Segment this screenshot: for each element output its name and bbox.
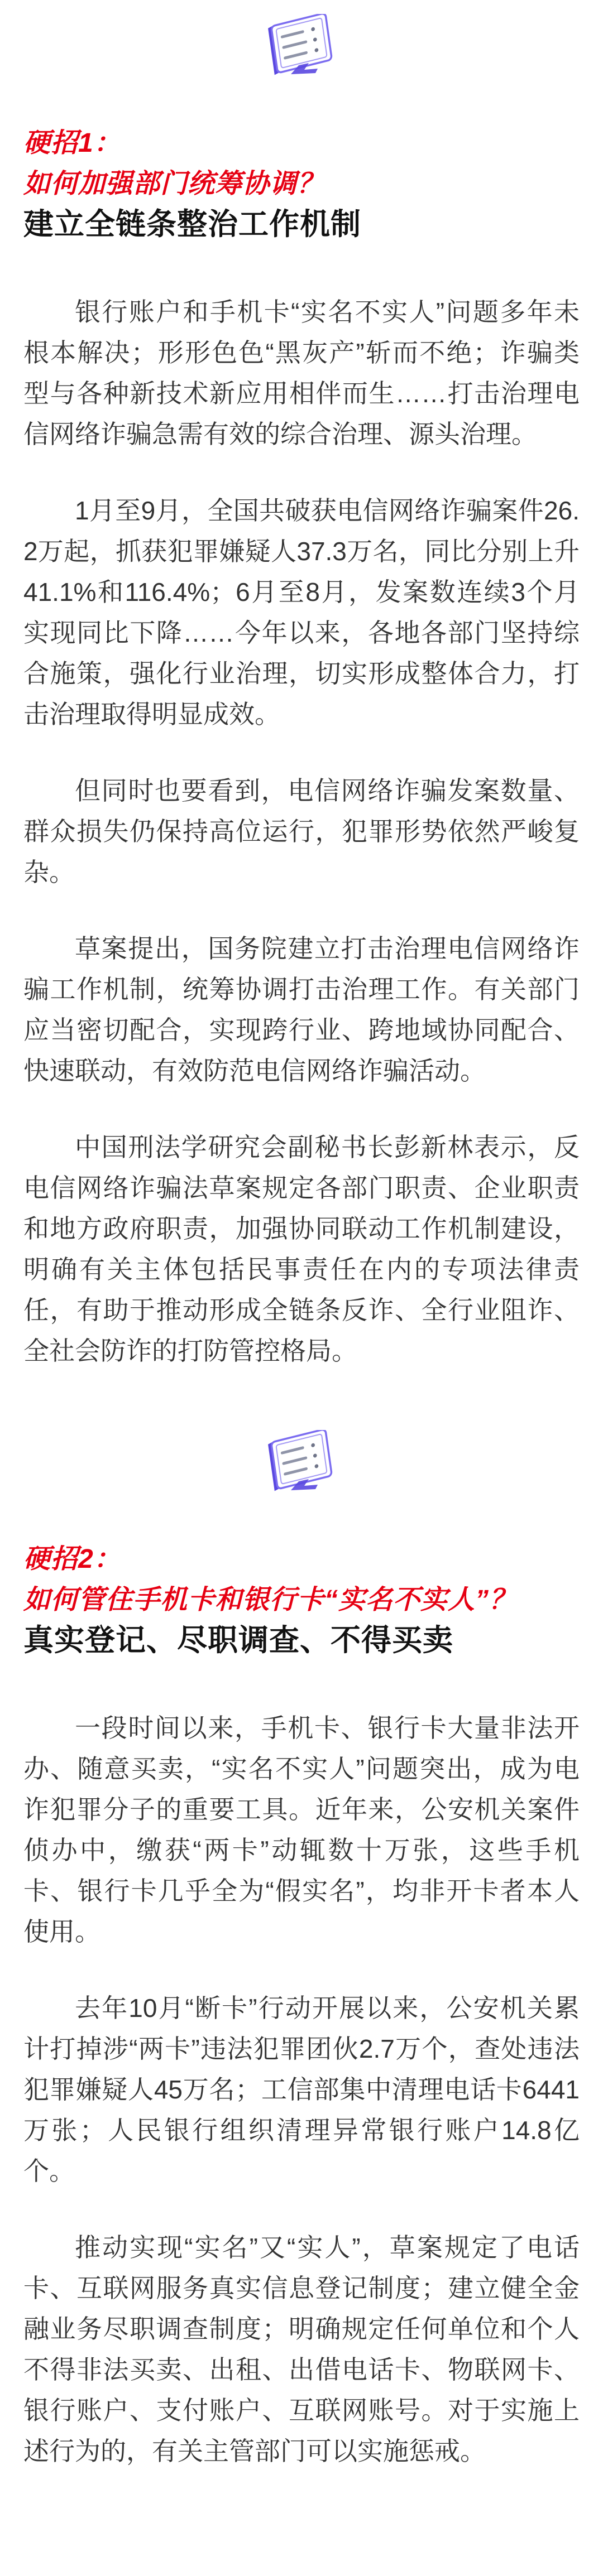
section-1: 硬招1： 如何加强部门统筹协调？ 建立全链条整治工作机制 银行账户和手机卡“实名…: [23, 16, 580, 1371]
section-2: 硬招2： 如何管住手机卡和银行卡“实名不实人”？ 真实登记、尽职调查、不得买卖 …: [23, 1432, 580, 2472]
paragraph: 去年10月“断卡”行动开展以来，公安机关累计打掉涉“两卡”违法犯罪团伙2.7万个…: [23, 1988, 580, 2192]
section-2-header: 硬招2： 如何管住手机卡和银行卡“实名不实人”？ 真实登记、尽职调查、不得买卖: [23, 1539, 580, 1661]
section-subtitle: 建立全链条整治工作机制: [23, 204, 580, 245]
paragraph: 中国刑法学研究会副秘书长彭新林表示，反电信网络诈骗法草案规定各部门职责、企业职责…: [23, 1127, 580, 1371]
paragraph: 一段时间以来，手机卡、银行卡大量非法开办、随意买卖，“实名不实人”问题突出，成为…: [23, 1708, 580, 1952]
monitor-list-icon: [260, 14, 343, 80]
section-1-header: 硬招1： 如何加强部门统筹协调？ 建立全链条整治工作机制: [23, 123, 580, 245]
paragraph: 草案提出，国务院建立打击治理电信网络诈骗工作机制，统筹协调打击治理工作。有关部门…: [23, 928, 580, 1091]
paragraph: 推动实现“实名”又“实人”，草案规定了电话卡、互联网服务真实信息登记制度；建立健…: [23, 2227, 580, 2472]
section-question: 如何管住手机卡和银行卡“实名不实人”？: [23, 1580, 580, 1620]
article-page: 硬招1： 如何加强部门统筹协调？ 建立全链条整治工作机制 银行账户和手机卡“实名…: [0, 0, 603, 2576]
section-question: 如何加强部门统筹协调？: [23, 163, 580, 204]
section-subtitle: 真实登记、尽职调查、不得买卖: [23, 1620, 580, 1661]
paragraph: 银行账户和手机卡“实名不实人”问题多年未根本解决；形形色色“黑灰产”斩而不绝；诈…: [23, 292, 580, 455]
monitor-list-icon: [260, 1430, 343, 1496]
section-label: 硬招2：: [23, 1539, 580, 1580]
paragraph: 1月至9月，全国共破获电信网络诈骗案件26.2万起，抓获犯罪嫌疑人37.3万名，…: [23, 490, 580, 735]
section-2-icon-wrap: [23, 1432, 580, 1494]
section-1-icon-wrap: [23, 16, 580, 78]
section-label: 硬招1：: [23, 123, 580, 163]
paragraph: 但同时也要看到，电信网络诈骗发案数量、群众损失仍保持高位运行，犯罪形势依然严峻复…: [23, 771, 580, 893]
